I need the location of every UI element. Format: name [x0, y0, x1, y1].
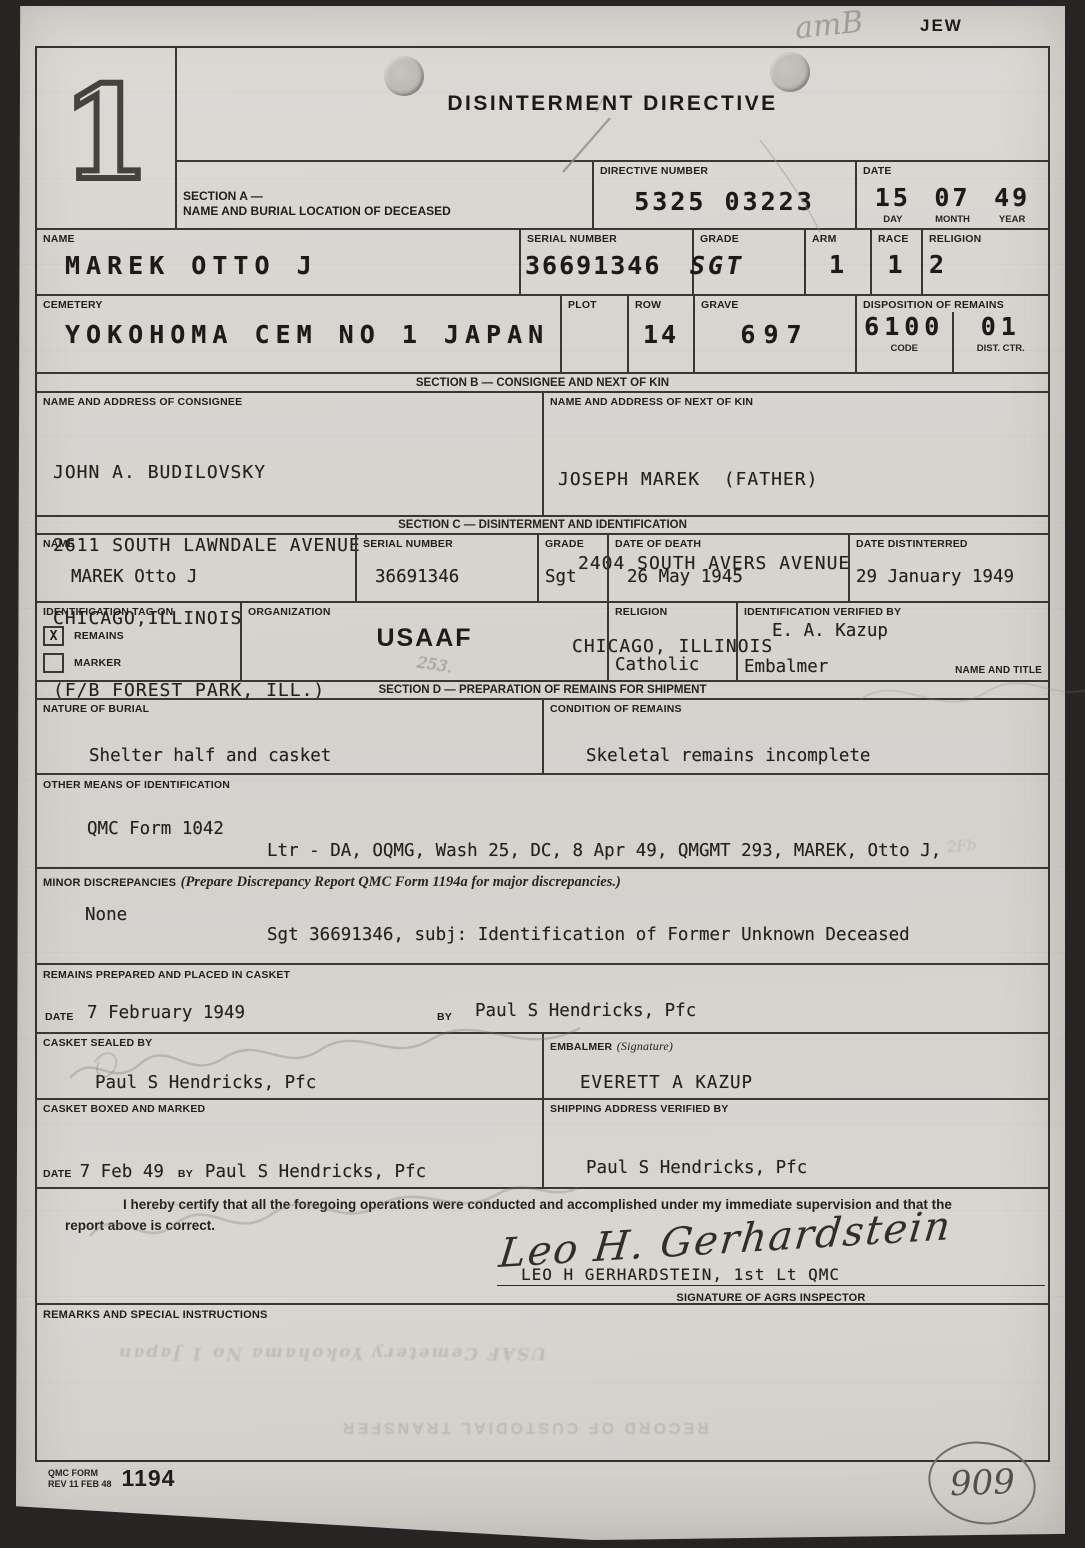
burial-condition-row: NATURE OF BURIAL Shelter half and casket… [37, 698, 1048, 773]
field-label: CASKET BOXED AND MARKED [43, 1103, 536, 1116]
section-a-header: SECTION A — NAME AND BURIAL LOCATION OF … [177, 162, 592, 228]
by-value: Paul S Hendricks, Pfc [205, 1162, 426, 1182]
form-number: 1194 [122, 1465, 176, 1492]
field-name: NAME MAREK OTTO J [37, 230, 519, 294]
stamp-numeral-1: 1 [61, 70, 150, 198]
field-value: Paul S Hendricks, Pfc [550, 1158, 1042, 1178]
field-label: CASKET SEALED BY [43, 1037, 536, 1050]
field-serial-number: SERIAL NUMBER 36691346 [519, 230, 692, 294]
field-label: NAME [43, 233, 513, 246]
field-grave: GRAVE 697 [693, 296, 855, 372]
disposition-dist-value: 01 [981, 312, 1021, 341]
by-label: BY [178, 1168, 193, 1181]
remarks-block: REMARKS AND SPECIAL INSTRUCTIONS USAF Ce… [37, 1303, 1048, 1460]
field-embalmer-signature: EMBALMER (Signature) EVERETT A KAZUP [542, 1034, 1048, 1098]
section-b-bar: SECTION B — CONSIGNEE AND NEXT OF KIN [37, 372, 1048, 391]
field-label: NATURE OF BURIAL [43, 703, 536, 716]
field-label: ROW [635, 299, 687, 312]
form-id-block: QMC FORM REV 11 FEB 48 1194 [48, 1468, 175, 1492]
section-a-label: SECTION A — [183, 189, 586, 205]
field-label: GRADE [700, 233, 798, 246]
batch-stamp-cell: 1 [37, 48, 177, 228]
form-id-line1: QMC FORM [48, 1468, 112, 1479]
field-religion: RELIGION 2 [921, 230, 1048, 294]
field-value: EVERETT A KAZUP [550, 1073, 1042, 1093]
field-label: CEMETERY [43, 299, 554, 312]
minor-discrepancies-row: MINOR DISCREPANCIES (Prepare Discrepancy… [37, 867, 1048, 963]
field-date: DATE 15 DAY 07 MONTH 49 YEAR [855, 162, 1048, 228]
disinterment-id-row: NAME MAREK Otto J SERIAL NUMBER 36691346… [37, 533, 1048, 601]
field-label: REMARKS AND SPECIAL INSTRUCTIONS [43, 1309, 268, 1323]
field-value: 697 [701, 320, 849, 349]
field-label: IDENTIFICATION TAG ON [43, 606, 234, 619]
form-title-cell: DISINTERMENT DIRECTIVE [177, 48, 1048, 160]
field-label: SHIPPING ADDRESS VERIFIED BY [550, 1103, 1042, 1116]
verifier-name: E. A. Kazup [744, 621, 1042, 641]
next-of-kin-line: JOSEPH MAREK (FATHER) [558, 466, 1042, 494]
religion-stamp: JEW [920, 16, 963, 36]
field-value: 2 [929, 250, 1042, 279]
section-c-bar: SECTION C — DISINTERMENT AND IDENTIFICAT… [37, 515, 1048, 533]
by-value: Paul S Hendricks, Pfc [475, 1001, 696, 1021]
field-value-year: 49 [994, 183, 1030, 212]
top-block: 1 DISINTERMENT DIRECTIVE SECTION A — NAM… [37, 48, 1048, 228]
field-date-disinterred: DATE DISTINTERRED 29 January 1949 [848, 535, 1048, 601]
field-name-c: NAME MAREK Otto J [37, 535, 355, 601]
signature-paren-label: (Signature) [617, 1039, 673, 1053]
field-value: 14 [635, 320, 687, 349]
section-d-title: SECTION D — PREPARATION OF REMAINS FOR S… [379, 684, 707, 696]
cemetery-row: CEMETERY YOKOHOMA CEM NO 1 JAPAN PLOT RO… [37, 294, 1048, 372]
field-casket-sealed: CASKET SEALED BY Paul S Hendricks, Pfc [37, 1034, 542, 1098]
field-value: Paul S Hendricks, Pfc [43, 1073, 536, 1093]
field-label: GRADE [545, 538, 601, 551]
field-id-tag: IDENTIFICATION TAG ON X REMAINS MARKER [37, 603, 240, 680]
field-religion-c: RELIGION Catholic [607, 603, 736, 680]
casket-sealed-row: CASKET SEALED BY Paul S Hendricks, Pfc E… [37, 1032, 1048, 1098]
remains-prepared-row: REMAINS PREPARED AND PLACED IN CASKET DA… [37, 963, 1048, 1032]
section-b-title: SECTION B — CONSIGNEE AND NEXT OF KIN [416, 377, 669, 389]
field-value: Catholic [615, 655, 730, 675]
form-id-line2: REV 11 FEB 48 [48, 1479, 112, 1490]
marker-label: MARKER [74, 657, 121, 670]
section-a-sublabel: NAME AND BURIAL LOCATION OF DECEASED [183, 204, 586, 220]
field-label: REMAINS PREPARED AND PLACED IN CASKET [43, 969, 290, 982]
field-value: 1 [812, 250, 864, 279]
field-value-day: 15 [875, 183, 911, 212]
pencil-initials: amB [793, 5, 865, 47]
field-label: DATE [863, 165, 1042, 178]
section-c-title: SECTION C — DISINTERMENT AND IDENTIFICAT… [398, 519, 687, 531]
field-label: IDENTIFICATION VERIFIED BY [744, 606, 1042, 619]
year-label: YEAR [994, 214, 1030, 225]
consignee-row: NAME AND ADDRESS OF CONSIGNEE JOHN A. BU… [37, 391, 1048, 515]
field-label: RELIGION [929, 233, 1042, 246]
field-label: MINOR DISCREPANCIES [43, 877, 176, 889]
field-id-verified: IDENTIFICATION VERIFIED BY E. A. Kazup E… [736, 603, 1048, 680]
field-plot: PLOT [560, 296, 627, 372]
handwritten-page-number: 909 [949, 1462, 1015, 1504]
field-label: NAME AND ADDRESS OF CONSIGNEE [43, 396, 536, 409]
field-row: ROW 14 [627, 296, 693, 372]
field-label: EMBALMER [550, 1041, 612, 1053]
date-label: DATE [45, 1011, 74, 1024]
by-label: BY [437, 1011, 452, 1024]
field-value: 29 January 1949 [856, 567, 1042, 587]
field-label: NAME AND ADDRESS OF NEXT OF KIN [550, 396, 1042, 409]
bleedthrough-text: USAF Cemetery Yokohama No 1 Japan [117, 1343, 546, 1363]
other-means-line1: Ltr - DA, OQMG, Wash 25, DC, 8 Apr 49, Q… [267, 837, 941, 865]
field-consignee: NAME AND ADDRESS OF CONSIGNEE JOHN A. BU… [37, 393, 542, 515]
field-value: 36691346 [363, 567, 531, 587]
casket-boxed-row: CASKET BOXED AND MARKED DATE 7 Feb 49 BY… [37, 1098, 1048, 1187]
inspector-typed-name: LEO H GERHARDSTEIN, 1st Lt QMC [521, 1265, 840, 1284]
field-shipping-verified: SHIPPING ADDRESS VERIFIED BY Paul S Hend… [542, 1100, 1048, 1187]
marker-checkbox [43, 653, 64, 673]
field-disposition: DISPOSITION OF REMAINS 6100 CODE 01 DIST… [855, 296, 1048, 372]
field-value: 36691346 [525, 251, 686, 280]
field-value: MAREK Otto J [43, 567, 349, 587]
field-value: 1 [878, 250, 915, 279]
pencil-note: 253. [416, 652, 454, 676]
field-casket-boxed: CASKET BOXED AND MARKED DATE 7 Feb 49 BY… [37, 1100, 542, 1187]
field-value: Skeletal remains incomplete [550, 746, 1042, 766]
field-label: DATE DISTINTERRED [856, 538, 1042, 551]
field-nature-of-burial: NATURE OF BURIAL Shelter half and casket [37, 700, 542, 773]
consignee-line: JOHN A. BUDILOVSKY [53, 461, 536, 485]
date-value: 7 Feb 49 [80, 1162, 164, 1182]
field-date-of-death: DATE OF DEATH 26 May 1945 [607, 535, 848, 601]
field-grade: GRADE SGT [692, 230, 804, 294]
field-value: 26 May 1945 [615, 567, 842, 587]
field-cemetery: CEMETERY YOKOHOMA CEM NO 1 JAPAN [37, 296, 560, 372]
field-directive-number: DIRECTIVE NUMBER 5325 03223 [592, 162, 855, 228]
remains-checkbox: X [43, 626, 64, 646]
field-race: RACE 1 [870, 230, 921, 294]
field-condition-of-remains: CONDITION OF REMAINS Skeletal remains in… [542, 700, 1048, 773]
field-arm: ARM 1 [804, 230, 870, 294]
field-label: ARM [812, 233, 864, 246]
field-label: ORGANIZATION [248, 606, 601, 619]
month-label: MONTH [934, 214, 970, 225]
organization-stamp: USAAF [248, 624, 601, 653]
disposition-code-value: 6100 [864, 312, 944, 341]
field-next-of-kin: NAME AND ADDRESS OF NEXT OF KIN JOSEPH M… [542, 393, 1048, 515]
dist-ctr-label: DIST. CTR. [977, 343, 1025, 354]
field-value: 5325 03223 [600, 187, 849, 216]
id-tag-row: IDENTIFICATION TAG ON X REMAINS MARKER O… [37, 601, 1048, 680]
field-label: NAME [43, 538, 349, 551]
field-organization: ORGANIZATION USAAF 253. [240, 603, 607, 680]
field-label: SERIAL NUMBER [527, 233, 686, 246]
form-title: DISINTERMENT DIRECTIVE [447, 92, 777, 116]
deceased-name-row: NAME MAREK OTTO J SERIAL NUMBER 36691346… [37, 228, 1048, 294]
field-label: RACE [878, 233, 915, 246]
scanned-disinterment-directive: amB JEW 1 DISINTERMENT DIRECTIVE SECTION… [0, 0, 1085, 1548]
remains-label: REMAINS [74, 630, 124, 643]
field-value: SGT [690, 251, 798, 280]
verifier-title: Embalmer [744, 657, 828, 677]
other-means-row: OTHER MEANS OF IDENTIFICATION Ltr - DA, … [37, 773, 1048, 867]
form-border: 1 DISINTERMENT DIRECTIVE SECTION A — NAM… [35, 46, 1050, 1462]
code-label: CODE [891, 343, 918, 354]
day-label: DAY [875, 214, 911, 225]
field-label: CONDITION OF REMAINS [550, 703, 1042, 716]
field-label: RELIGION [615, 606, 730, 619]
field-value: None [85, 905, 127, 925]
section-d-bar: SECTION D — PREPARATION OF REMAINS FOR S… [37, 680, 1048, 698]
field-label: DISPOSITION OF REMAINS [857, 296, 1048, 312]
date-value: 7 February 1949 [87, 1003, 245, 1023]
discrepancy-note: (Prepare Discrepancy Report QMC Form 119… [181, 874, 621, 890]
field-label: DATE OF DEATH [615, 538, 842, 551]
field-label: SERIAL NUMBER [363, 538, 531, 551]
pencil-margin-note: 2Fb [946, 836, 977, 856]
field-value: Shelter half and casket [43, 746, 536, 766]
date-label: DATE [43, 1168, 72, 1181]
certification-block: I hereby certify that all the foregoing … [37, 1187, 1048, 1303]
field-value: YOKOHOMA CEM NO 1 JAPAN [43, 320, 554, 349]
field-label: GRAVE [701, 299, 849, 312]
field-serial-c: SERIAL NUMBER 36691346 [355, 535, 537, 601]
field-label: OTHER MEANS OF IDENTIFICATION [43, 779, 230, 792]
name-and-title-label: NAME AND TITLE [955, 665, 1042, 678]
form-ref: QMC Form 1042 [87, 819, 224, 839]
field-value-month: 07 [934, 183, 970, 212]
field-value: Sgt [545, 567, 601, 587]
field-value: MAREK OTTO J [43, 251, 513, 280]
field-label: PLOT [568, 299, 621, 312]
field-grade-c: GRADE Sgt [537, 535, 607, 601]
field-label: DIRECTIVE NUMBER [600, 165, 849, 178]
